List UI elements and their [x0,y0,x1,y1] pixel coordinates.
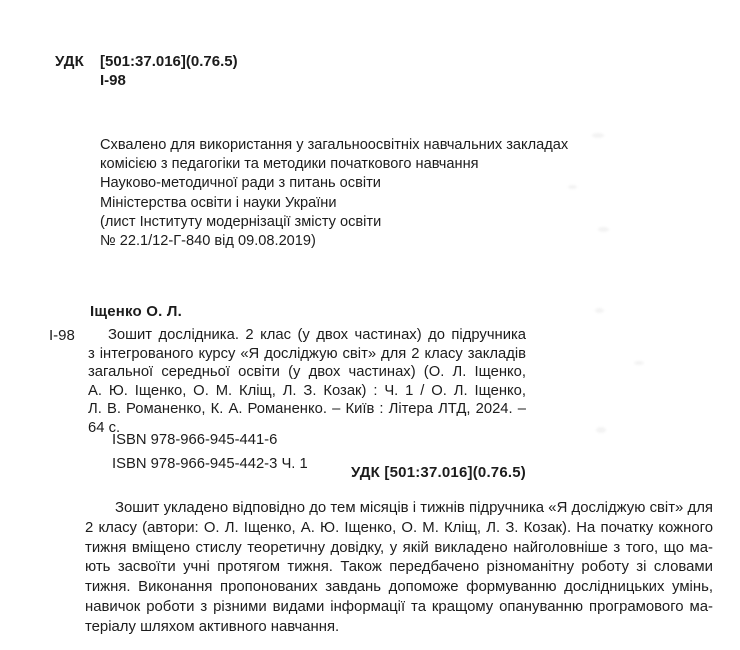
udc-code-bold: УДК [501:37.016](0.76.5) [88,464,526,481]
approval-line: Науково-методичної ради з питань освіти [100,174,592,193]
description-line: Зошит дослідника. 2 клас (у двох частина… [88,326,526,345]
description-line: з інтегрованого курсу «Я досліджую світ»… [88,345,526,364]
approval-line: Схвалено для використання у загальноосві… [100,136,592,155]
approval-statement: Схвалено для використання у загальноосві… [100,136,592,251]
udc-code-value: [501:37.016](0.76.5) [100,53,238,70]
annotation-line: теріалу шляхом активного навчання. [85,618,713,638]
description-line: загальної середньої освіти (у двох части… [88,363,526,382]
annotation-line: ють засвоїти учні протягом тижня. Також … [85,558,713,578]
description-line: А. Ю. Іщенко, О. М. Кліщ, Л. З. Козак) :… [88,382,526,401]
scan-artifact [595,308,604,313]
annotation-line: 2 класу (автори: О. Л. Іщенко, А. Ю. Іще… [85,519,713,539]
scan-artifact [596,427,606,433]
scan-artifact [634,361,644,365]
author-heading: Іщенко О. Л. [90,303,182,320]
bibliographic-description: Зошит дослідника. 2 клас (у двох частина… [88,326,526,437]
approval-line: (лист Інституту модернізації змісту осві… [100,213,592,232]
approval-line: № 22.1/12-Г-840 від 09.08.2019) [100,232,592,251]
annotation-paragraph: Зошит укладено відповідно до тем місяців… [85,499,713,638]
description-line: Л. В. Романенко, К. А. Романенко. – Київ… [88,400,526,419]
approval-line: комісією з педагогіки та методики початк… [100,155,592,174]
annotation-line: тижня вміщено стислу теоретичну довідку,… [85,539,713,559]
scan-artifact [592,133,604,138]
udc-code-label: УДК [55,53,84,70]
approval-line: Міністерства освіти і науки України [100,194,592,213]
annotation-line: тижня. Виконання пропонованих завдань до… [85,578,713,598]
author-index-code-top: І-98 [100,72,126,89]
scan-artifact [568,185,577,189]
annotation-line: Зошит укладено відповідно до тем місяців… [85,499,713,519]
author-index-code: І-98 [49,327,75,344]
scan-artifact [598,227,609,232]
scanned-imprint-page: УДК [501:37.016](0.76.5) І-98 Схвалено д… [0,0,740,650]
annotation-line: навичок роботи з різними видами інформац… [85,598,713,618]
isbn-line: ISBN 978-966-945-441-6 [112,431,308,450]
